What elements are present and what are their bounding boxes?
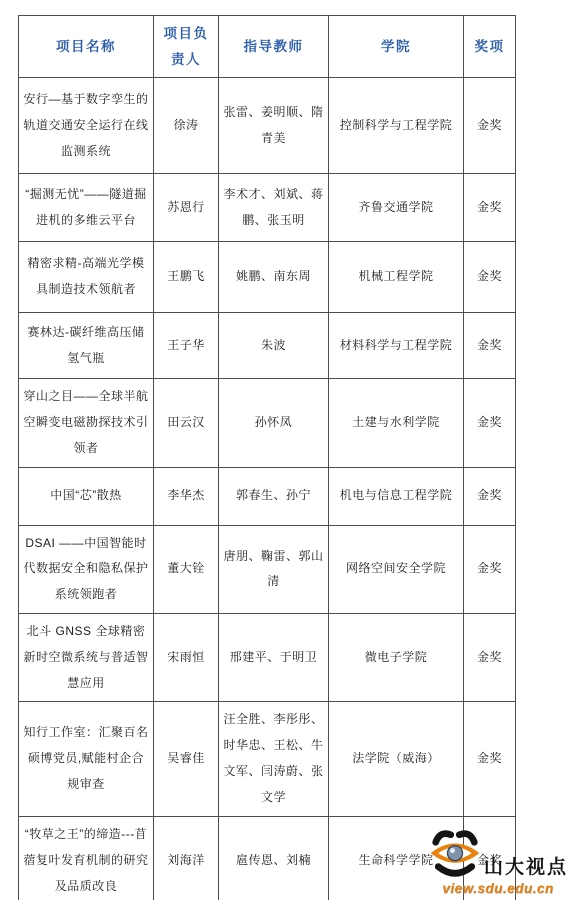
cell-project-leader: 王子华 bbox=[154, 313, 219, 379]
cell-project-name: 精密求精-高端光学模具制造技术领航者 bbox=[19, 242, 154, 313]
cell-advisors: 扈传恩、刘楠 bbox=[219, 816, 329, 900]
cell-project-name: DSAI ——中国智能时代数据安全和隐私保护系统领跑者 bbox=[19, 525, 154, 613]
cell-college: 土建与水利学院 bbox=[329, 379, 464, 467]
table-row: DSAI ——中国智能时代数据安全和隐私保护系统领跑者 董大铨 唐朋、鞠雷、郭山… bbox=[19, 525, 516, 613]
cell-project-name: 北斗 GNSS 全球精密新时空微系统与普适智慧应用 bbox=[19, 614, 154, 702]
awards-table: 项目名称 项目负责人 指导教师 学院 奖项 安行—基于数字孪生的轨道交通安全运行… bbox=[18, 15, 516, 900]
cell-project-leader: 苏恩行 bbox=[154, 174, 219, 242]
cell-college: 机电与信息工程学院 bbox=[329, 467, 464, 525]
cell-advisors: 唐朋、鞠雷、郭山清 bbox=[219, 525, 329, 613]
cell-award: 金奖 bbox=[464, 379, 516, 467]
cell-award: 金奖 bbox=[464, 174, 516, 242]
table-row: 精密求精-高端光学模具制造技术领航者 王鹏飞 姚鹏、南东周 机械工程学院 金奖 bbox=[19, 242, 516, 313]
cell-award: 金奖 bbox=[464, 525, 516, 613]
eye-logo-icon bbox=[428, 828, 482, 885]
cell-award: 金奖 bbox=[464, 242, 516, 313]
cell-college: 材料科学与工程学院 bbox=[329, 313, 464, 379]
col-header-award: 奖项 bbox=[464, 16, 516, 78]
cell-project-leader: 吴睿佳 bbox=[154, 702, 219, 816]
cell-award: 金奖 bbox=[464, 467, 516, 525]
cell-award: 金奖 bbox=[464, 702, 516, 816]
cell-project-leader: 李华杰 bbox=[154, 467, 219, 525]
cell-advisors: 张雷、姜明顺、隋青美 bbox=[219, 78, 329, 174]
cell-project-name: “牧草之王”的缔造---苜蓿复叶发育机制的研究及品质改良 bbox=[19, 816, 154, 900]
cell-college: 机械工程学院 bbox=[329, 242, 464, 313]
cell-advisors: 朱波 bbox=[219, 313, 329, 379]
table-row: 安行—基于数字孪生的轨道交通安全运行在线监测系统 徐涛 张雷、姜明顺、隋青美 控… bbox=[19, 78, 516, 174]
cell-project-name: 中国“芯”散热 bbox=[19, 467, 154, 525]
table-row: 中国“芯”散热 李华杰 郭春生、孙宁 机电与信息工程学院 金奖 bbox=[19, 467, 516, 525]
cell-project-leader: 董大铨 bbox=[154, 525, 219, 613]
table-row: 北斗 GNSS 全球精密新时空微系统与普适智慧应用 宋雨恒 邢建平、于明卫 微电… bbox=[19, 614, 516, 702]
cell-project-name: 赛林达-碳纤维高压储氢气瓶 bbox=[19, 313, 154, 379]
cell-advisors: 汪全胜、李彤彤、时华忠、王松、牛文军、闫涛蔚、张文学 bbox=[219, 702, 329, 816]
cell-project-leader: 徐涛 bbox=[154, 78, 219, 174]
cell-project-name: “掘测无忧”——隧道掘进机的多维云平台 bbox=[19, 174, 154, 242]
watermark-url: view.sdu.edu.cn bbox=[430, 881, 566, 896]
table-row: 穿山之目——全球半航空瞬变电磁勘探技术引领者 田云汉 孙怀凤 土建与水利学院 金… bbox=[19, 379, 516, 467]
cell-college: 齐鲁交通学院 bbox=[329, 174, 464, 242]
cell-project-leader: 宋雨恒 bbox=[154, 614, 219, 702]
cell-project-leader: 田云汉 bbox=[154, 379, 219, 467]
cell-award: 金奖 bbox=[464, 313, 516, 379]
cell-project-leader: 王鹏飞 bbox=[154, 242, 219, 313]
cell-college: 法学院（威海） bbox=[329, 702, 464, 816]
cell-project-name: 穿山之目——全球半航空瞬变电磁勘探技术引领者 bbox=[19, 379, 154, 467]
table-row: 知行工作室：汇聚百名硕博党员,赋能村企合规审查 吴睿佳 汪全胜、李彤彤、时华忠、… bbox=[19, 702, 516, 816]
table-header-row: 项目名称 项目负责人 指导教师 学院 奖项 bbox=[19, 16, 516, 78]
awards-table-container: 项目名称 项目负责人 指导教师 学院 奖项 安行—基于数字孪生的轨道交通安全运行… bbox=[18, 15, 516, 900]
table-row: “掘测无忧”——隧道掘进机的多维云平台 苏恩行 李术才、刘斌、蒋鹏、张玉明 齐鲁… bbox=[19, 174, 516, 242]
col-header-advisors: 指导教师 bbox=[219, 16, 329, 78]
cell-advisors: 邢建平、于明卫 bbox=[219, 614, 329, 702]
col-header-project-name: 项目名称 bbox=[19, 16, 154, 78]
cell-advisors: 孙怀凤 bbox=[219, 379, 329, 467]
cell-award: 金奖 bbox=[464, 78, 516, 174]
cell-project-name: 知行工作室：汇聚百名硕博党员,赋能村企合规审查 bbox=[19, 702, 154, 816]
cell-college: 控制科学与工程学院 bbox=[329, 78, 464, 174]
cell-college: 网络空间安全学院 bbox=[329, 525, 464, 613]
col-header-project-leader: 项目负责人 bbox=[154, 16, 219, 78]
cell-advisors: 李术才、刘斌、蒋鹏、张玉明 bbox=[219, 174, 329, 242]
cell-project-name: 安行—基于数字孪生的轨道交通安全运行在线监测系统 bbox=[19, 78, 154, 174]
sdu-view-watermark: 山大视点 view.sdu.edu.cn bbox=[430, 828, 566, 896]
cell-advisors: 郭春生、孙宁 bbox=[219, 467, 329, 525]
col-header-college: 学院 bbox=[329, 16, 464, 78]
table-row: 赛林达-碳纤维高压储氢气瓶 王子华 朱波 材料科学与工程学院 金奖 bbox=[19, 313, 516, 379]
cell-college: 微电子学院 bbox=[329, 614, 464, 702]
cell-project-leader: 刘海洋 bbox=[154, 816, 219, 900]
cell-award: 金奖 bbox=[464, 614, 516, 702]
cell-advisors: 姚鹏、南东周 bbox=[219, 242, 329, 313]
